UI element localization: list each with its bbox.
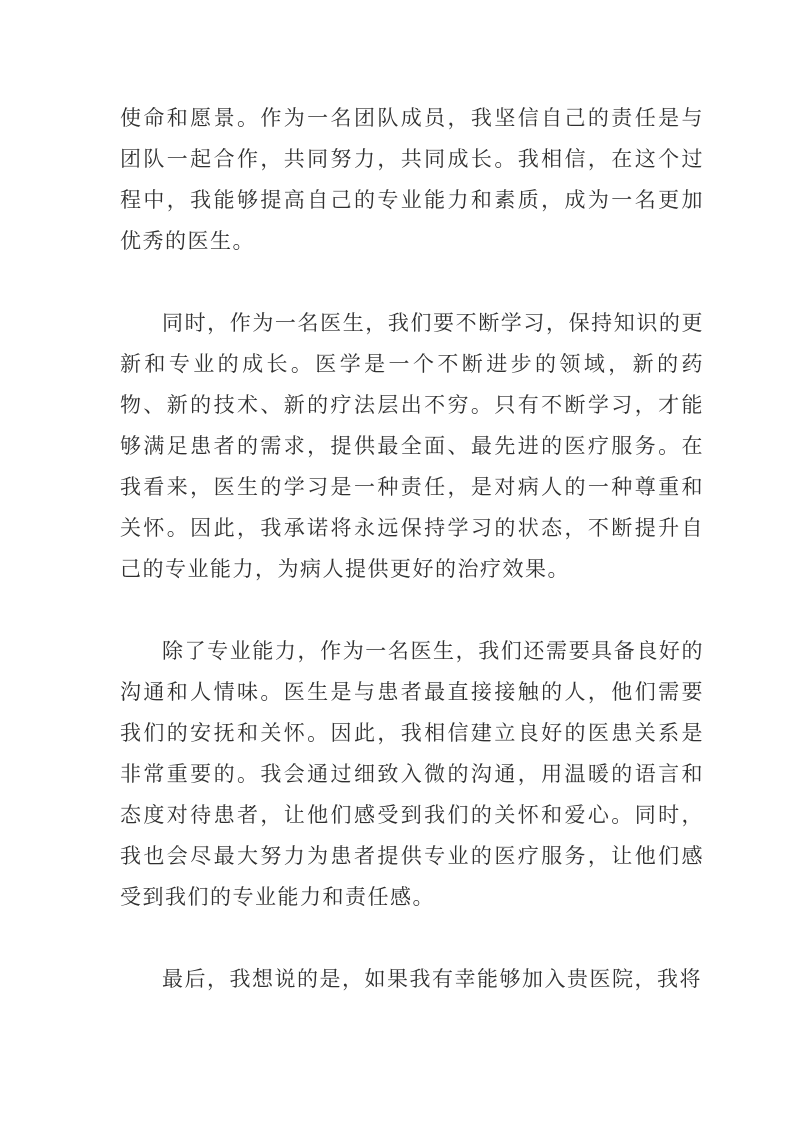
paragraph-continuous-learning: 同时，作为一名医生，我们要不断学习，保持知识的更新和专业的成长。医学是一个不断进…	[120, 303, 704, 590]
document-page: 使命和愿景。作为一名团队成员，我坚信自己的责任是与团队一起合作，共同努力，共同成…	[120, 98, 704, 1000]
paragraph-communication-care: 除了专业能力，作为一名医生，我们还需要具备良好的沟通和人情味。医生是与患者最直接…	[120, 631, 704, 918]
document-canvas: { "page": { "background_color": "#ffffff…	[0, 0, 793, 1122]
paragraph-mission-vision: 使命和愿景。作为一名团队成员，我坚信自己的责任是与团队一起合作，共同努力，共同成…	[120, 98, 704, 262]
paragraph-closing: 最后，我想说的是，如果我有幸能够加入贵医院，我将	[120, 959, 704, 1000]
